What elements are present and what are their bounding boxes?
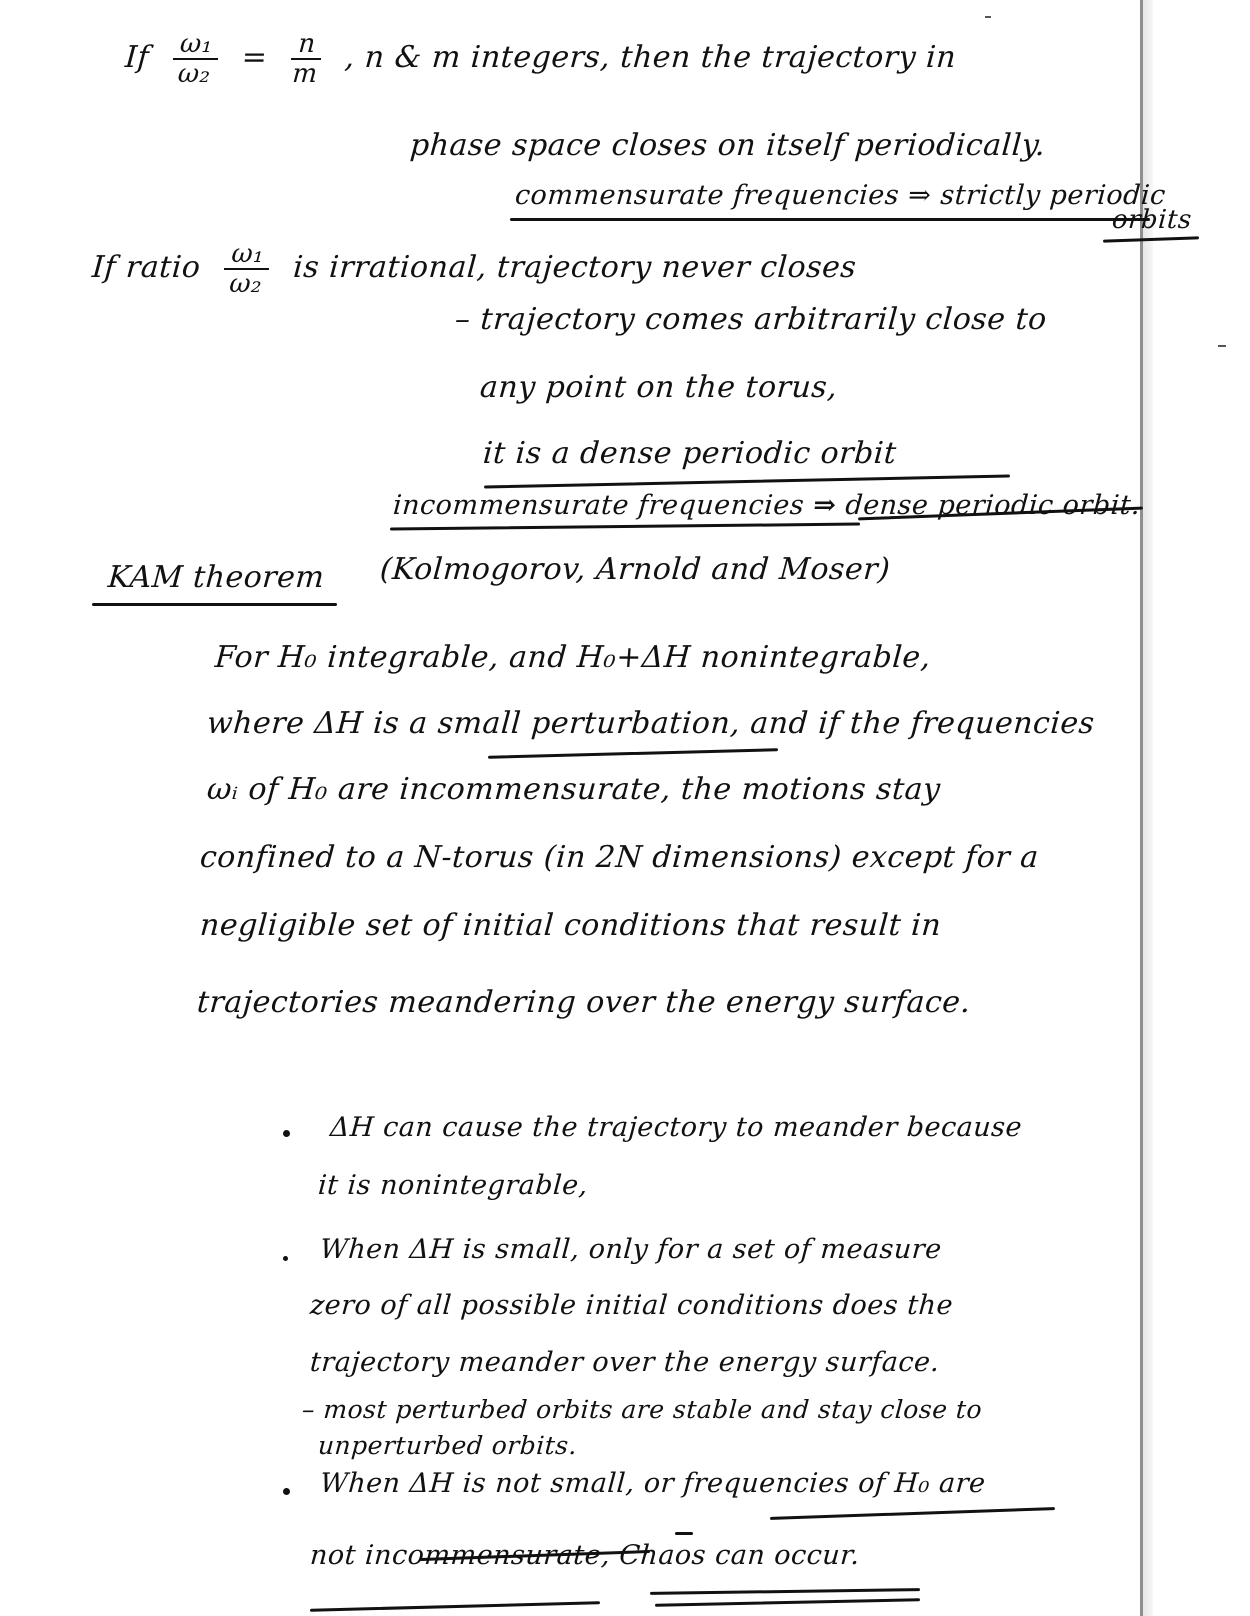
bullet2-line: unperturbed orbits. [317, 1428, 579, 1464]
bullet [283, 1130, 290, 1137]
text-underlined: frequencies of H₀ are [682, 1468, 987, 1499]
kam-para-line: trajectories meandering over the energy … [196, 985, 972, 1021]
bullet2-line: zero of all possible initial conditions … [309, 1288, 955, 1324]
text: , [625, 1468, 636, 1499]
kam-para-line: For H₀ integrable, and H₀+ΔH nonintegrab… [214, 640, 932, 676]
text-underlined-double: Chaos can occur. [618, 1540, 861, 1571]
section2-line2: – trajectory comes arbitrarily close to [454, 302, 1048, 338]
kam-para-line: where ΔH is a small perturbation, and if… [206, 706, 1096, 742]
fraction-denominator: ω₂ [228, 270, 263, 298]
section1-conclusion-wrap: orbits [1111, 202, 1193, 238]
fraction-omega1-omega2: ω₁ ω₂ [222, 240, 271, 298]
underline [488, 748, 778, 759]
section2-conclusion: incommensurate frequencies ⇒ dense perio… [392, 488, 1142, 524]
scan-speck [985, 16, 991, 18]
fraction-numerator: ω₁ [224, 240, 271, 270]
scan-speck [1218, 345, 1226, 347]
fraction-numerator: ω₁ [173, 30, 220, 60]
equals-sign: = [241, 40, 269, 75]
fraction-denominator: m [291, 60, 318, 88]
underline [310, 1601, 600, 1612]
section1-conclusion: commensurate frequencies ⇒ strictly peri… [514, 178, 1167, 214]
bullet2-line: When ΔH is small, only for a set of meas… [319, 1232, 943, 1268]
double-underline [655, 1598, 920, 1607]
fraction-numerator: n [291, 30, 322, 60]
text-underlined: or [643, 1468, 675, 1499]
double-underline [650, 1588, 920, 1595]
bullet1-line: ΔH can cause the trajectory to meander b… [329, 1110, 1024, 1146]
text-if: If [124, 40, 150, 75]
implies-arrow: ⇒ [812, 490, 837, 521]
underline [510, 218, 1150, 221]
text: , and if the frequencies [729, 706, 1096, 741]
section1-line1: If ω₁ ω₂ = n m , n & m integers, then th… [123, 30, 958, 88]
fraction-n-m: n m [289, 30, 322, 88]
text: , n & m integers, then the trajectory in [344, 40, 958, 75]
text: is irrational, trajectory never closes [292, 250, 857, 285]
section1-line2: phase space closes on itself periodicall… [409, 128, 1047, 164]
section2-line1: If ratio ω₁ ω₂ is irrational, trajectory… [90, 240, 858, 298]
text-underlined: small perturbation [437, 706, 732, 741]
underline [770, 1507, 1055, 1520]
fraction-omega1-omega2: ω₁ ω₂ [171, 30, 220, 88]
bullet [283, 1256, 288, 1261]
kam-attribution: (Kolmogorov, Arnold and Moser) [379, 552, 892, 588]
text-underlined: not incommensurate [309, 1540, 602, 1571]
underline [92, 603, 337, 606]
text-underlined: ΔH is not small [409, 1468, 627, 1499]
kam-heading: KAM theorem [107, 560, 326, 596]
notes-page: If ω₁ ω₂ = n m , n & m integers, then th… [0, 0, 1250, 1616]
text: where ΔH is a [206, 706, 429, 741]
bullet1-line: it is nonintegrable, [317, 1168, 589, 1204]
text: If ratio [91, 250, 202, 285]
section2-line4: it is a dense periodic orbit [482, 436, 898, 472]
section2-line3: any point on the torus, [479, 370, 839, 406]
bullet3-line: not incommensurate, Chaos can occur. [309, 1538, 861, 1574]
fraction-denominator: ω₂ [177, 60, 212, 88]
text: , [600, 1540, 611, 1571]
bullet2-line: trajectory meander over the energy surfa… [309, 1345, 941, 1381]
kam-para-line: confined to a N-torus (in 2N dimensions)… [199, 840, 1040, 876]
scan-edge-shadow [1143, 0, 1153, 1616]
bullet2-line: – most perturbed orbits are stable and s… [301, 1392, 984, 1428]
bullet3-line: When ΔH is not small, or frequencies of … [319, 1466, 987, 1502]
bullet [283, 1488, 290, 1495]
kam-para-line: negligible set of initial conditions tha… [199, 908, 943, 944]
text: incommensurate frequencies [392, 490, 805, 521]
underline [675, 1532, 693, 1535]
kam-para-line: ωᵢ of H₀ are incommensurate, the motions… [206, 772, 942, 808]
underline [484, 474, 1010, 488]
text: When [319, 1468, 402, 1499]
